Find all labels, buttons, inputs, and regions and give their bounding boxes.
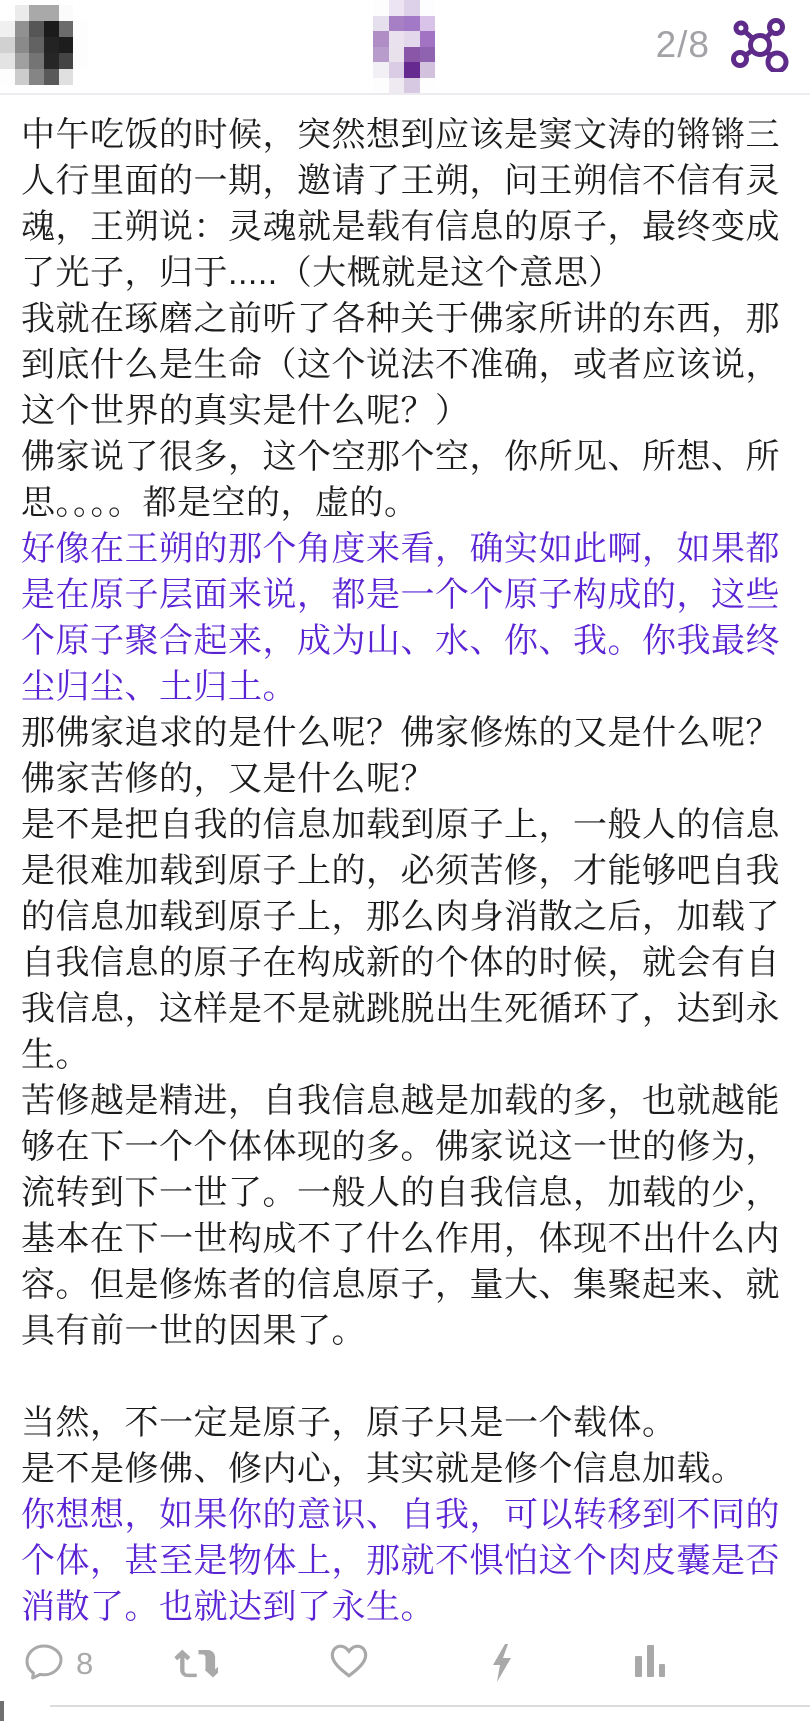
mosaic-pixel bbox=[29, 37, 44, 53]
post-paragraph: 是不是把自我的信息加载到原子上，一般人的信息是很难加载到原子上的，必须苦修，才能… bbox=[21, 802, 789, 1078]
divider bbox=[50, 1705, 810, 1707]
post-paragraph-blank bbox=[21, 1354, 789, 1400]
mosaic-pixel bbox=[420, 78, 436, 94]
mosaic-pixel bbox=[29, 53, 44, 69]
share-button[interactable] bbox=[730, 18, 790, 74]
mosaic-pixel bbox=[44, 53, 59, 69]
bar-chart-icon bbox=[632, 1643, 668, 1682]
mosaic-pixel bbox=[59, 5, 74, 21]
highlight-button[interactable] bbox=[489, 1643, 515, 1686]
mosaic-pixel bbox=[389, 31, 405, 47]
post-paragraph: 那佛家追求的是什么呢？佛家修炼的又是什么呢？佛家苦修的，又是什么呢？ bbox=[21, 710, 789, 802]
reply-count: 8 bbox=[76, 1646, 93, 1682]
scroll-indicator bbox=[0, 1701, 4, 1721]
mosaic-pixel bbox=[0, 37, 15, 53]
retweet-button[interactable] bbox=[172, 1643, 218, 1688]
mosaic-pixel bbox=[44, 21, 59, 37]
mosaic-pixel bbox=[404, 62, 420, 78]
mosaic-pixel bbox=[373, 16, 389, 32]
post-header: 2/8 bbox=[0, 0, 810, 95]
mosaic-pixel bbox=[420, 16, 436, 32]
post-paragraph: 好像在王朔的那个角度来看，确实如此啊，如果都是在原子层面来说，都是一个个原子构成… bbox=[21, 526, 789, 710]
mosaic-pixel bbox=[44, 37, 59, 53]
mosaic-pixel bbox=[404, 78, 420, 94]
mosaic-pixel bbox=[15, 37, 30, 53]
mosaic-pixel bbox=[404, 47, 420, 63]
page-indicator: 2/8 bbox=[656, 24, 710, 66]
mosaic-pixel bbox=[29, 5, 44, 21]
mosaic-pixel bbox=[59, 37, 74, 53]
mosaic-pixel bbox=[44, 69, 59, 85]
mosaic-pixel bbox=[29, 69, 44, 85]
post-paragraph: 你想想，如果你的意识、自我，可以转移到不同的个体，甚至是物体上，那就不惧怕这个肉… bbox=[21, 1492, 789, 1630]
analytics-button[interactable] bbox=[632, 1643, 668, 1682]
post-paragraph: 苦修越是精进，自我信息越是加载的多，也就越能够在下一个个体体现的多。佛家说这一世… bbox=[21, 1078, 789, 1354]
mosaic-pixel bbox=[59, 69, 74, 85]
mosaic-pixel bbox=[0, 5, 15, 21]
mosaic-pixel bbox=[389, 47, 405, 63]
mosaic-pixel bbox=[404, 31, 420, 47]
mosaic-pixel bbox=[389, 78, 405, 94]
reply-bubble-icon bbox=[24, 1643, 64, 1684]
post-paragraph: 我就在琢磨之前听了各种关于佛家所讲的东西，那到底什么是生命（这个说法不准确，或者… bbox=[21, 296, 789, 434]
mosaic-pixel bbox=[420, 31, 436, 47]
mosaic-pixel bbox=[73, 37, 88, 53]
mosaic-pixel bbox=[373, 62, 389, 78]
mosaic-pixel bbox=[389, 16, 405, 32]
like-button[interactable] bbox=[329, 1643, 369, 1683]
mosaic-pixel bbox=[59, 53, 74, 69]
mosaic-pixel bbox=[0, 21, 15, 37]
mosaic-pixel bbox=[420, 0, 436, 16]
post-body: 中午吃饭的时候，突然想到应该是窦文涛的锵锵三人行里面的一期，邀请了王朔，问王朔信… bbox=[21, 112, 789, 1630]
post-paragraph: 中午吃饭的时候，突然想到应该是窦文涛的锵锵三人行里面的一期，邀请了王朔，问王朔信… bbox=[21, 112, 789, 296]
mosaic-pixel bbox=[59, 21, 74, 37]
mosaic-pixel bbox=[73, 53, 88, 69]
reply-button[interactable]: 8 bbox=[24, 1643, 93, 1684]
app-logo bbox=[373, 0, 435, 93]
mosaic-pixel bbox=[404, 16, 420, 32]
mosaic-pixel bbox=[0, 53, 15, 69]
heart-icon bbox=[329, 1643, 369, 1683]
mosaic-pixel bbox=[73, 21, 88, 37]
mosaic-pixel bbox=[73, 5, 88, 21]
mosaic-pixel bbox=[373, 0, 389, 16]
molecule-network-icon bbox=[731, 60, 789, 75]
mosaic-pixel bbox=[0, 69, 15, 85]
mosaic-pixel bbox=[420, 47, 436, 63]
mosaic-pixel bbox=[44, 5, 59, 21]
mosaic-pixel bbox=[29, 21, 44, 37]
mosaic-pixel bbox=[404, 0, 420, 16]
mosaic-pixel bbox=[389, 62, 405, 78]
mosaic-pixel bbox=[389, 0, 405, 16]
mosaic-pixel bbox=[15, 53, 30, 69]
mosaic-pixel bbox=[373, 31, 389, 47]
screenshot-viewer-page: 2/8 bbox=[0, 0, 810, 1724]
mosaic-pixel bbox=[15, 21, 30, 37]
mosaic-pixel bbox=[420, 62, 436, 78]
lightning-icon bbox=[489, 1643, 515, 1686]
post-paragraph: 佛家说了很多，这个空那个空，你所见、所想、所思。。。。都是空的，虚的。 bbox=[21, 434, 789, 526]
mosaic-pixel bbox=[73, 69, 88, 85]
retweet-icon bbox=[172, 1643, 218, 1688]
action-bar: 8 bbox=[0, 1643, 810, 1687]
mosaic-pixel bbox=[373, 78, 389, 94]
post-paragraph: 当然，不一定是原子，原子只是一个载体。 bbox=[21, 1400, 789, 1446]
post-paragraph: 是不是修佛、修内心，其实就是修个信息加载。 bbox=[21, 1446, 789, 1492]
mosaic-pixel bbox=[373, 47, 389, 63]
mosaic-pixel bbox=[15, 69, 30, 85]
mosaic-pixel bbox=[15, 5, 30, 21]
avatar[interactable] bbox=[0, 5, 88, 85]
